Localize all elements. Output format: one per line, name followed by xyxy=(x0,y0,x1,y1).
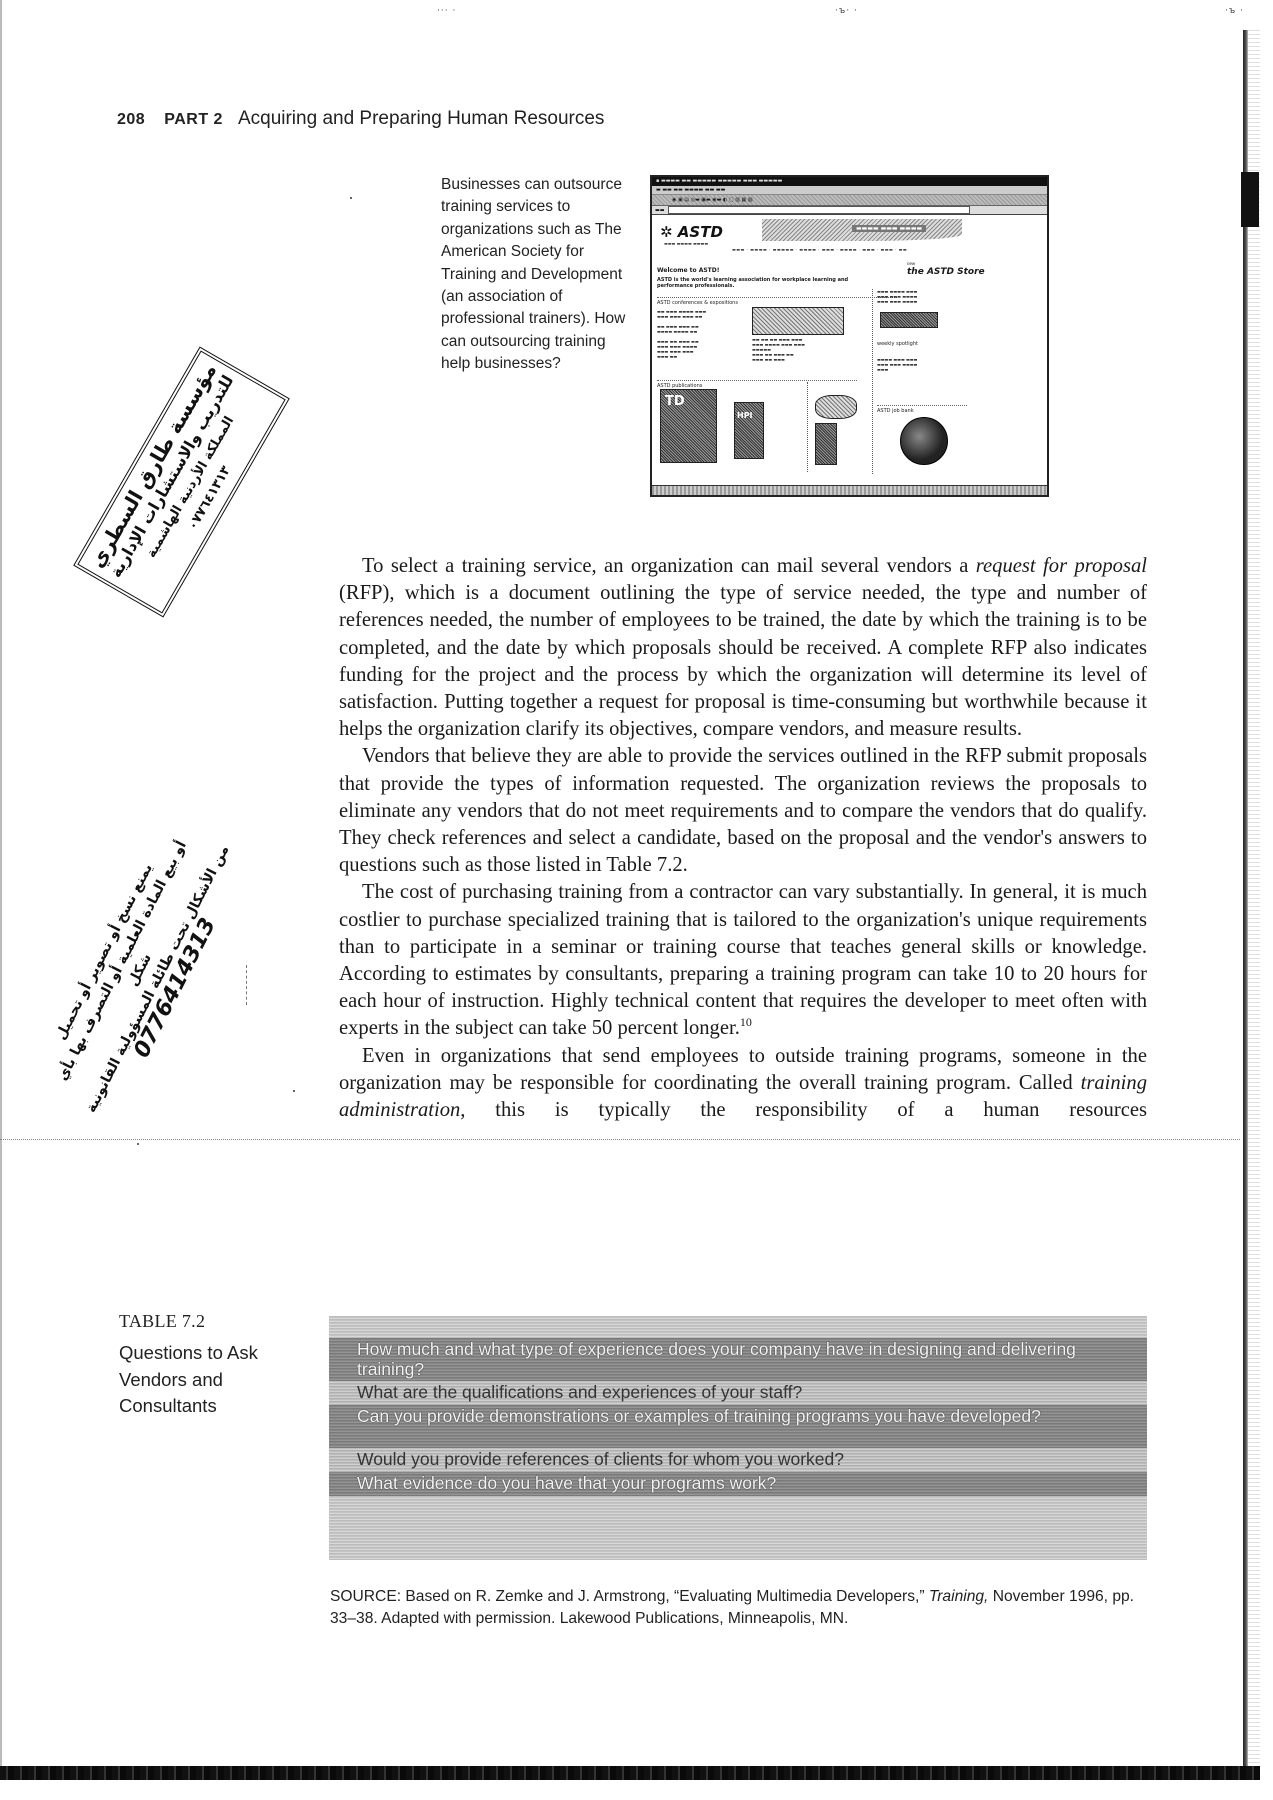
store-heading: the ASTD Store xyxy=(907,267,985,277)
table-row: How much and what type of experience doe… xyxy=(329,1338,1147,1381)
browser-addressbar: ▬▬ xyxy=(652,206,1047,215)
astd-banner: ✲ ASTD ▬▬▬ ▬▬▬▬ ▬▬▬▬ ▬▬▬▬ ▬▬▬ ▬▬▬▬ ▬▬▬ ·… xyxy=(652,217,1047,259)
expo-item: ▬▬ ▬▬ ▬▬ ▬▬▬ ▬▬▬▬▬▬ ▬▬▬▬ ▬▬▬ ▬▬▬▬▬▬▬▬▬▬▬… xyxy=(752,337,852,362)
td-cover-text: TD xyxy=(661,394,685,409)
astd-logo-text: ASTD xyxy=(678,223,723,241)
page-binding-speckle xyxy=(1248,30,1260,1775)
copyright-stamp: يمنع نسخ أو تصوير أو تحميل أو بيع المادة… xyxy=(27,814,252,1127)
page-binding-mark xyxy=(1241,172,1259,227)
scan-mark: ··· · xyxy=(437,6,456,16)
chapter-title: Acquiring and Preparing Human Resources xyxy=(238,108,604,129)
text-run: (RFP), which is a document outlining the… xyxy=(339,582,1147,740)
job-bank-globe xyxy=(900,417,948,465)
figure-caption: Businesses can outsource training servic… xyxy=(441,174,631,376)
browser-titlebar: ▪ ▬▬▬▬ ▬▬ ▬▬▬▬▬ ▬▬▬▬▬ ▬▬▬ ▬▬▬▬▬ xyxy=(652,177,1047,186)
scan-left-edge xyxy=(0,0,2,1780)
store-links: ▬▬▬ ▬▬▬▬ ▬▬▬▬▬▬ ▬▬▬ ▬▬▬▬▬▬▬ ▬▬▬ ▬▬▬▬ xyxy=(877,289,967,304)
intro-text: ASTD is the world's learning association… xyxy=(657,277,877,289)
astd-website-screenshot: ▪ ▬▬▬▬ ▬▬ ▬▬▬▬▬ ▬▬▬▬▬ ▬▬▬ ▬▬▬▬▬ ▬ ▬▬ ▬▬ … xyxy=(650,175,1049,497)
scan-bottom-edge xyxy=(0,1766,1260,1780)
conference-item: ▬▬ ▬▬▬ ▬▬▬▬ ▬▬▬▬▬▬ ▬▬▬ ▬▬▬ ▬▬▬▬ ▬▬▬ ▬▬▬ … xyxy=(657,309,737,359)
table-row: Can you provide demonstrations or exampl… xyxy=(329,1405,1147,1448)
hpi-cover-text: HPI xyxy=(735,411,753,420)
table-row: Would you provide references of clients … xyxy=(329,1448,1147,1472)
scan-speck xyxy=(293,1090,295,1092)
body-text: To select a training service, an organiz… xyxy=(339,553,1147,1124)
text-run: To select a training service, an organiz… xyxy=(362,555,976,577)
table-title: Questions to Ask Vendors and Consultants xyxy=(119,1340,299,1420)
scan-speck xyxy=(350,197,352,199)
browser-menubar: ▬ ▬▬ ▬▬ ▬▬▬▬ ▬▬ ▬▬ xyxy=(652,186,1047,195)
column-divider xyxy=(807,382,808,472)
browser-statusbar xyxy=(652,485,1047,495)
elearning-ad xyxy=(752,307,844,335)
job-bank-heading: ASTD job bank xyxy=(877,405,967,414)
running-head: 208 PART 2 Acquiring and Preparing Human… xyxy=(117,108,604,130)
conferences-heading: ASTD conferences & expositions xyxy=(657,297,897,306)
hpi-cover: HPI xyxy=(734,402,764,459)
spotlight-text: ▬▬▬▬ ▬▬▬ ▬▬▬▬▬▬ ▬▬▬ ▬▬▬▬▬▬▬ xyxy=(877,357,957,372)
table-source: SOURCE: Based on R. Zemke and J. Armstro… xyxy=(330,1586,1160,1630)
astd-logo: ✲ ASTD xyxy=(660,223,723,241)
store-new-label: new xyxy=(907,261,915,266)
footnote-ref: 10 xyxy=(740,1016,752,1030)
url-field xyxy=(668,206,970,214)
td-magazine-cover: TD xyxy=(660,389,717,463)
td-online-logo xyxy=(815,395,857,419)
paragraph-cost: The cost of purchasing training from a c… xyxy=(339,879,1147,1042)
table-row: What evidence do you have that your prog… xyxy=(329,1472,1147,1496)
scan-mark: ·ъ· · xyxy=(835,6,858,16)
source-journal: Training, xyxy=(929,1588,989,1605)
scan-speck xyxy=(137,1143,139,1145)
table-row: What are the qualifications and experien… xyxy=(329,1381,1147,1405)
part-label: PART 2 xyxy=(164,111,223,128)
source-text: SOURCE: Based on R. Zemke and J. Armstro… xyxy=(330,1588,929,1605)
book-cover xyxy=(815,423,837,465)
library-stamp: مؤسسة طارق السطري للتدريب والاستشارات ال… xyxy=(73,346,290,617)
scan-speck xyxy=(246,965,248,1005)
store-banner xyxy=(880,312,938,328)
column-divider xyxy=(872,289,873,474)
text-run: , this is typically the responsibility o… xyxy=(460,1099,1147,1121)
astd-logo-subtitle: ▬▬▬ ▬▬▬▬ ▬▬▬▬ xyxy=(664,241,708,246)
paragraph-rfp: To select a training service, an organiz… xyxy=(339,553,1147,743)
questions-table: How much and what type of experience doe… xyxy=(329,1316,1147,1560)
nav-links: ▬▬▬ · ▬▬▬▬ · ▬▬▬▬▬ · ▬▬▬▬ · ▬▬▬ · ▬▬▬▬ ·… xyxy=(732,247,907,252)
table-header-band xyxy=(329,1316,1147,1338)
welcome-heading: Welcome to ASTD! xyxy=(657,267,719,274)
scan-mark: ·ъ · xyxy=(1225,6,1244,16)
paragraph-administration: Even in organizations that send employee… xyxy=(339,1043,1147,1125)
weekly-spotlight-heading: weekly spotlight xyxy=(877,339,918,347)
text-run: Even in organizations that send employee… xyxy=(339,1045,1147,1094)
paragraph-vendors: Vendors that believe they are able to pr… xyxy=(339,743,1147,879)
table-label: TABLE 7.2 xyxy=(119,1311,205,1332)
browser-toolbar: ◉ ▣ ▤ ◎▬ ▣▬ ◉▬ ◐ ▢ ▥ ▦ ▧ xyxy=(652,195,1047,206)
page-number: 208 xyxy=(117,111,145,128)
banner-text: ▬▬▬▬ ▬▬▬ ▬▬▬▬ xyxy=(852,225,926,232)
scan-fold-line xyxy=(0,1139,1240,1140)
term-request-for-proposal: request for proposal xyxy=(976,555,1147,577)
publications-heading: ASTD publications xyxy=(657,380,857,389)
